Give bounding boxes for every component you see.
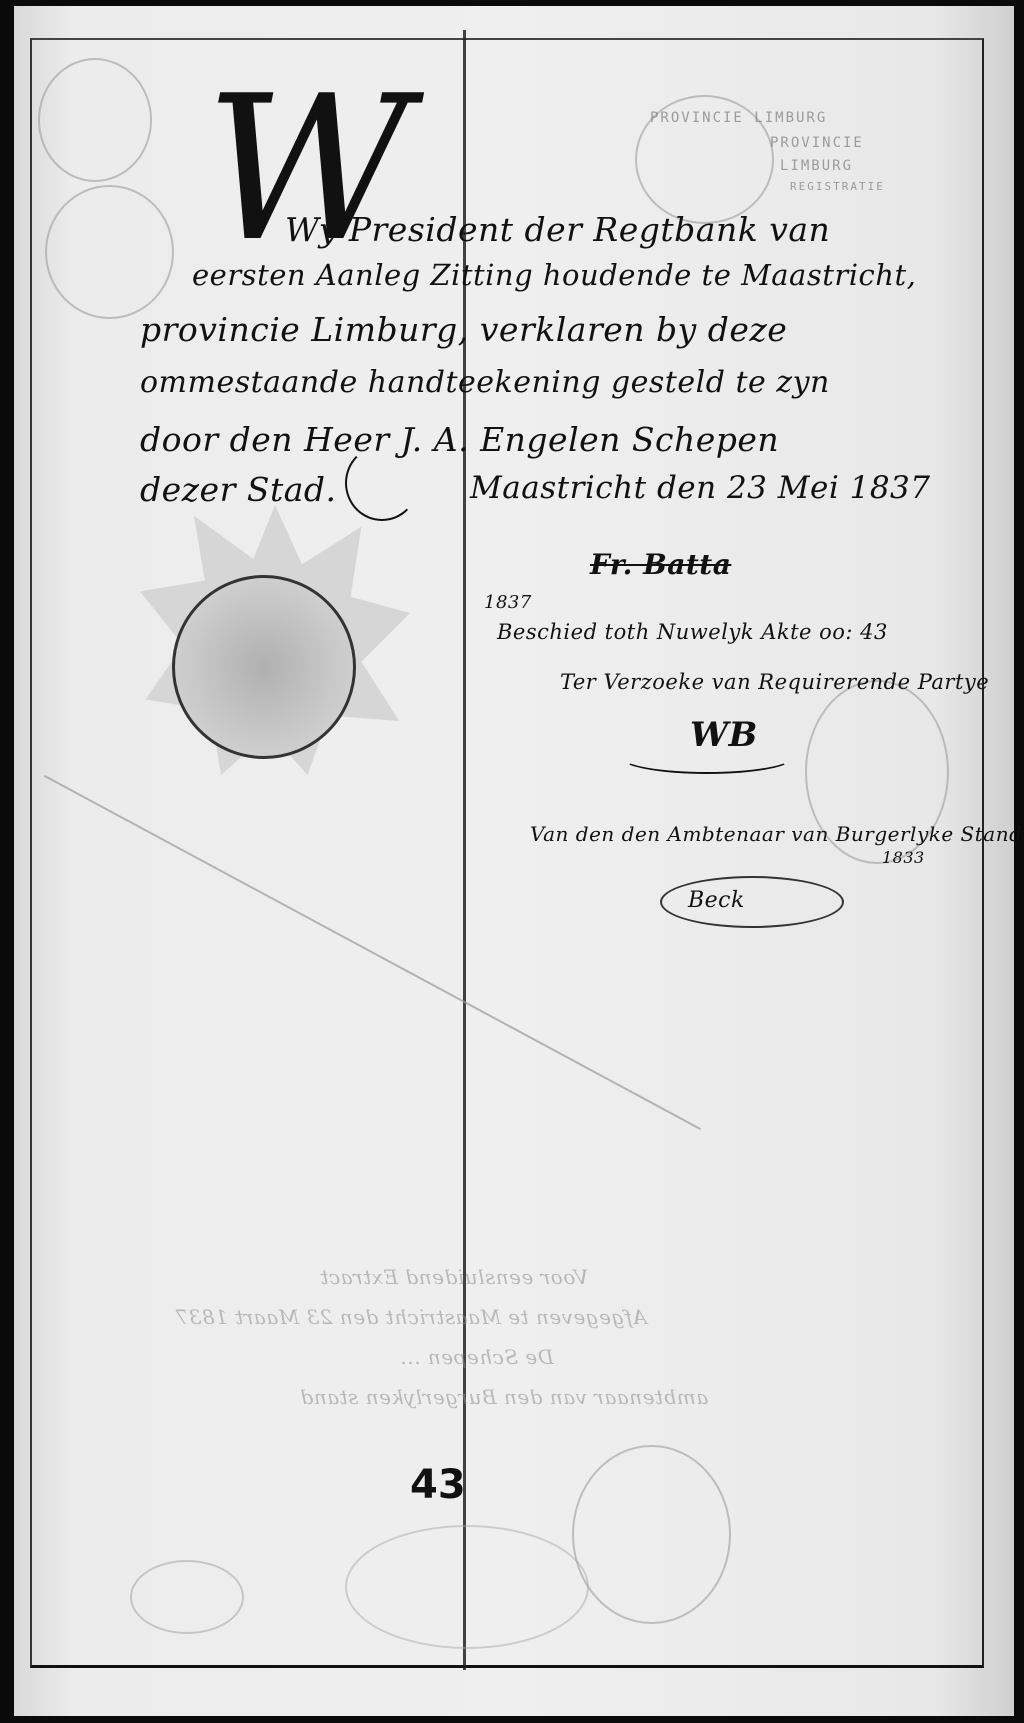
- text-line-3: provincie Limburg, verklaren by deze: [140, 310, 787, 349]
- stamp-text-top-center: PROVINCIE LIMBURG: [650, 110, 827, 126]
- stamp-text-top-right-3: REGISTRATIE: [790, 180, 885, 193]
- stamp-text-top-right-1: PROVINCIE: [770, 135, 864, 151]
- president-signature: Fr. Batta: [590, 548, 731, 581]
- registration-line-2: Ter Verzoeke van Requirerende Partye: [560, 670, 989, 694]
- bleed-through-line-2: Afgegeven te Maastricht den 23 Maart 183…: [175, 1305, 647, 1329]
- bleed-through-line-4: ambtenaar van den Burgerlyken stand: [300, 1385, 708, 1409]
- clerk-number: 1833: [882, 848, 925, 867]
- bleed-through-line-1: Voor eensluidend Extract: [320, 1265, 588, 1289]
- text-line-1: Wy President der Regtbank van: [285, 210, 830, 249]
- faint-flourish-left: [130, 1560, 244, 1634]
- faint-seal-bottom: [572, 1445, 731, 1624]
- faint-flourish-center: [345, 1525, 589, 1649]
- place-date: Maastricht den 23 Mei 1837: [470, 470, 931, 506]
- wax-seal: [172, 575, 356, 759]
- text-line-6: dezer Stad.: [140, 470, 337, 509]
- faint-stamp-left: [45, 185, 174, 319]
- text-line-5: door den Heer J. A. Engelen Schepen: [140, 420, 779, 459]
- faint-stamp-top-left: [38, 58, 152, 182]
- page-number: 43: [410, 1462, 466, 1508]
- registration-line-1: Beschied toth Nuwelyk Akte oo: 43: [497, 620, 888, 644]
- stamp-text-top-right-2: LIMBURG: [780, 158, 853, 174]
- bleed-through-line-3: De Schepen ...: [400, 1345, 554, 1369]
- initials-underline: [620, 740, 794, 774]
- flourish-stroke: [345, 445, 419, 521]
- registration-year: 1837: [484, 592, 532, 613]
- text-line-2: eersten Aanleg Zitting houdende te Maast…: [192, 258, 916, 292]
- text-line-4: ommestaande handteekening gesteld te zyn: [140, 365, 830, 400]
- clerk-line: Van den den Ambtenaar van Burgerlyke Sta…: [530, 822, 1022, 846]
- clerk-signature: Beck: [688, 888, 745, 913]
